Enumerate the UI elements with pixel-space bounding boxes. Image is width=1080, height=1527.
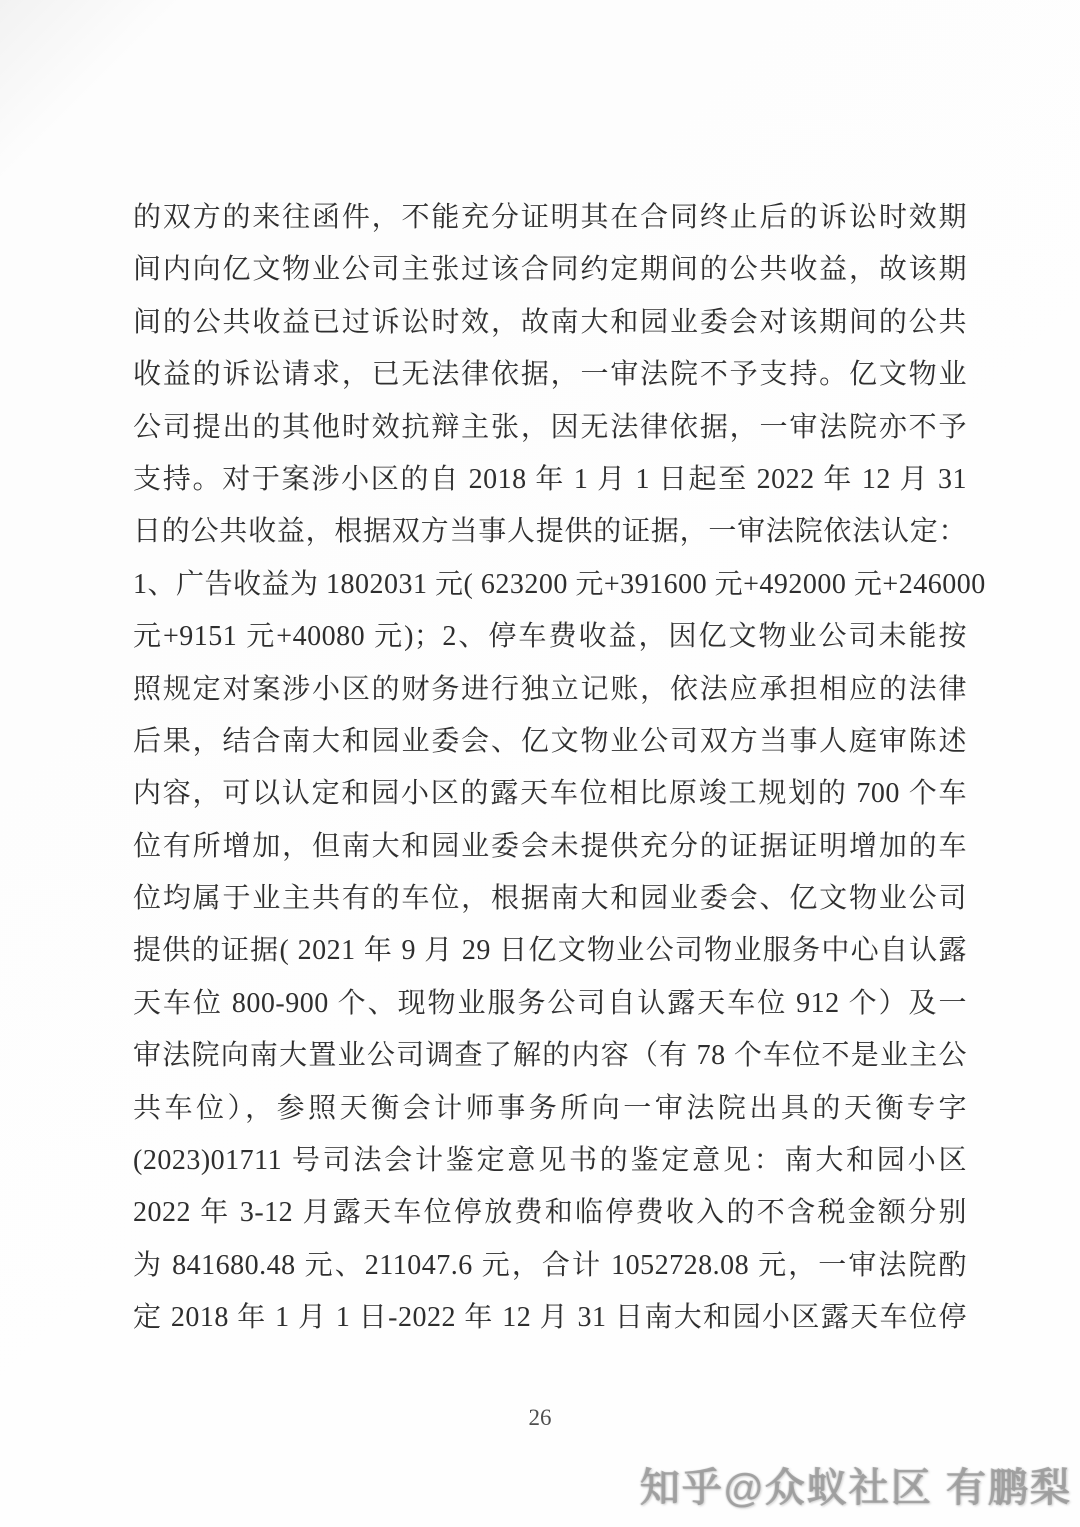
document-line: 收益的诉讼请求，已无法律依据，一审法院不予支持。亿文物业 [133,349,967,401]
document-line: 共车位），参照天衡会计师事务所向一审法院出具的天衡专字 [133,1083,967,1135]
document-line: 元+9151 元+40080 元)；2、停车费收益，因亿文物业公司未能按 [133,611,967,663]
document-line: 日的公共收益，根据双方当事人提供的证据，一审法院依法认定： [133,506,967,558]
page-number: 26 [529,1405,552,1430]
document-line: 2022 年 3-12 月露天车位停放费和临停费收入的不含税金额分别 [133,1187,967,1239]
document-line: 位有所增加，但南大和园业委会未提供充分的证据证明增加的车 [133,821,967,873]
document-line: 为 841680.48 元、211047.6 元，合计 1052728.08 元… [133,1240,967,1292]
document-line: 位均属于业主共有的车位，根据南大和园业委会、亿文物业公司 [133,873,967,925]
document-line: 天车位 800-900 个、现物业服务公司自认露天车位 912 个）及一 [133,978,967,1030]
document-line: 内容，可以认定和园小区的露天车位相比原竣工规划的 700 个车 [133,768,967,820]
document-line: 定 2018 年 1 月 1 日-2022 年 12 月 31 日南大和园小区露… [133,1292,967,1344]
document-line: (2023)01711 号司法会计鉴定意见书的鉴定意见：南大和园小区 [133,1135,967,1187]
document-line: 间内向亿文物业公司主张过该合同约定期间的公共收益，故该期 [133,244,967,296]
document-line: 后果，结合南大和园业委会、亿文物业公司双方当事人庭审陈述 [133,716,967,768]
document-line: 的双方的来往函件，不能充分证明其在合同终止后的诉讼时效期 [133,192,967,244]
document-body: 的双方的来往函件，不能充分证明其在合同终止后的诉讼时效期间内向亿文物业公司主张过… [133,192,967,1345]
page-footer: 26 [0,1405,1080,1431]
document-line: 间的公共收益已过诉讼时效，故南大和园业委会对该期间的公共 [133,297,967,349]
document-line: 审法院向南大置业公司调查了解的内容（有 78 个车位不是业主公 [133,1030,967,1082]
document-line: 提供的证据( 2021 年 9 月 29 日亿文物业公司物业服务中心自认露 [133,925,967,977]
document-line: 支持。对于案涉小区的自 2018 年 1 月 1 日起至 2022 年 12 月… [133,454,967,506]
document-line: 1、广告收益为 1802031 元( 623200 元+391600 元+492… [133,559,967,611]
document-line: 照规定对案涉小区的财务进行独立记账，依法应承担相应的法律 [133,664,967,716]
zhihu-watermark: 知乎@众蚁社区 有鹏梨 [640,1456,1072,1513]
document-line: 公司提出的其他时效抗辩主张，因无法律依据，一审法院亦不予 [133,402,967,454]
document-page: 的双方的来往函件，不能充分证明其在合同终止后的诉讼时效期间内向亿文物业公司主张过… [0,0,1080,1527]
